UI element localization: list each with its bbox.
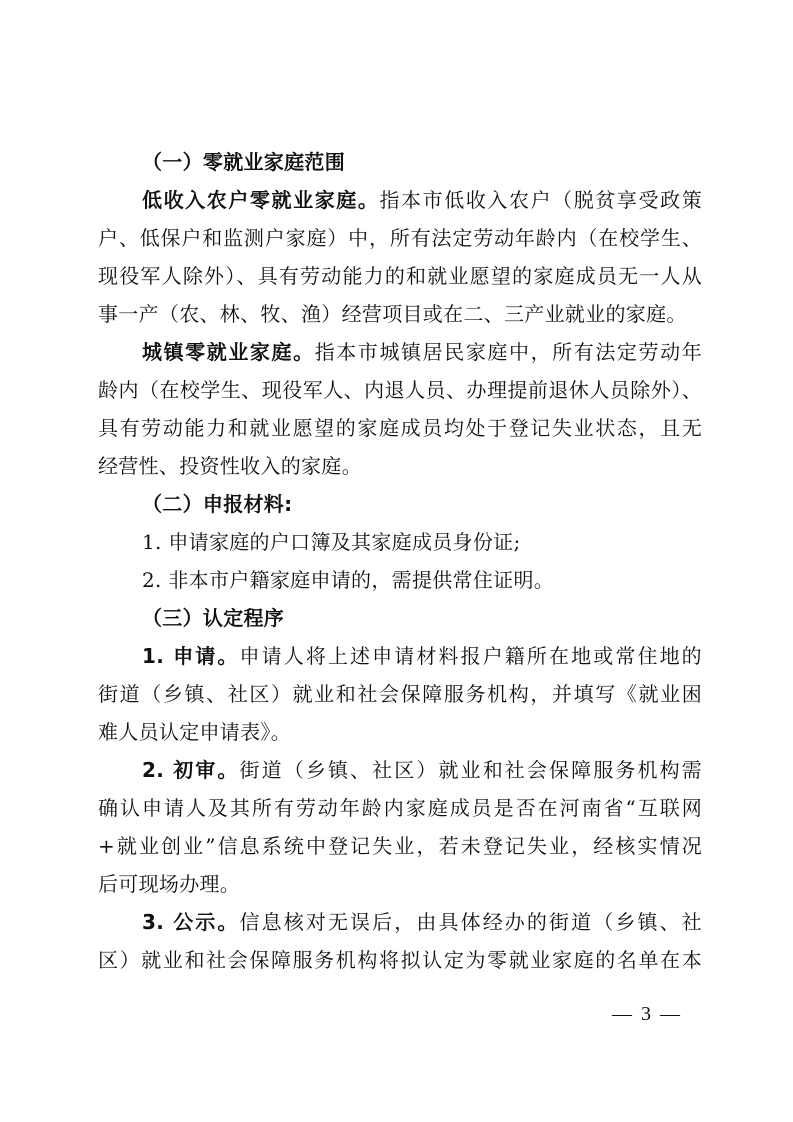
text: 指本市低收入农户（脱贫享受政策 [379,188,702,212]
paragraph-line: 2. 初审。街道（乡镇、社区）就业和社会保障服务机构需 [98,751,702,789]
paragraph-line: 龄内（在校学生、现役军人、内退人员、办理提前退休人员除外）、 [98,371,702,409]
section-heading-2: （二）申报材料: [98,485,702,523]
paragraph-line: 3. 公示。信息核对无误后，由具体经办的街道（乡镇、社 [98,903,702,941]
section-heading-1: （一）零就业家庭范围 [98,143,702,181]
paragraph-line: 具有劳动能力和就业愿望的家庭成员均处于登记失业状态，且无 [98,409,702,447]
step-number: 2. [142,758,173,782]
list-item: 2. 非本市户籍家庭申请的，需提供常住证明。 [98,561,702,599]
paragraph-line: 难人员认定申请表》。 [98,713,702,751]
section-heading-3: （三）认定程序 [98,599,702,637]
text: 申请人将上述申请材料报户籍所在地或常住地的 [240,644,702,668]
paragraph-line: 1. 申请。申请人将上述申请材料报户籍所在地或常住地的 [98,637,702,675]
paragraph-line: 确认申请人及其所有劳动年龄内家庭成员是否在河南省“互联网 [98,789,702,827]
paragraph-line: 街道（乡镇、社区）就业和社会保障服务机构，并填写《就业困 [98,675,702,713]
step-number: 3. [142,910,173,934]
paragraph-line: 经营性、投资性收入的家庭。 [98,447,702,485]
paragraph-line: 事一产（农、林、牧、渔）经营项目或在二、三产业就业的家庭。 [98,295,702,333]
bold-lead: 公示。 [173,910,239,934]
page-number: — 3 — [612,1003,682,1026]
step-number: 1. [142,644,173,668]
bold-lead: 申请。 [173,644,239,668]
paragraph-line: 现役军人除外）、具有劳动能力的和就业愿望的家庭成员无一人从 [98,257,702,295]
bold-lead: 初审。 [173,758,239,782]
text: 指本市城镇居民家庭中，所有法定劳动年 [315,340,702,364]
paragraph-line: 低收入农户零就业家庭。指本市低收入农户（脱贫享受政策 [98,181,702,219]
paragraph-line: +就业创业”信息系统中登记失业，若未登记失业，经核实情况 [98,827,702,865]
text: 信息核对无误后，由具体经办的街道（乡镇、社 [240,910,702,934]
bold-lead: 低收入农户零就业家庭。 [142,188,379,212]
list-item: 1. 申请家庭的户口簿及其家庭成员身份证; [98,523,702,561]
bold-lead: 城镇零就业家庭。 [142,340,315,364]
paragraph-line: 后可现场办理。 [98,865,702,903]
text: 街道（乡镇、社区）就业和社会保障服务机构需 [240,758,702,782]
paragraph-line: 区）就业和社会保障服务机构将拟认定为零就业家庭的名单在本 [98,941,702,979]
paragraph-line: 户、低保户和监测户家庭）中，所有法定劳动年龄内（在校学生、 [98,219,702,257]
paragraph-line: 城镇零就业家庭。指本市城镇居民家庭中，所有法定劳动年 [98,333,702,371]
